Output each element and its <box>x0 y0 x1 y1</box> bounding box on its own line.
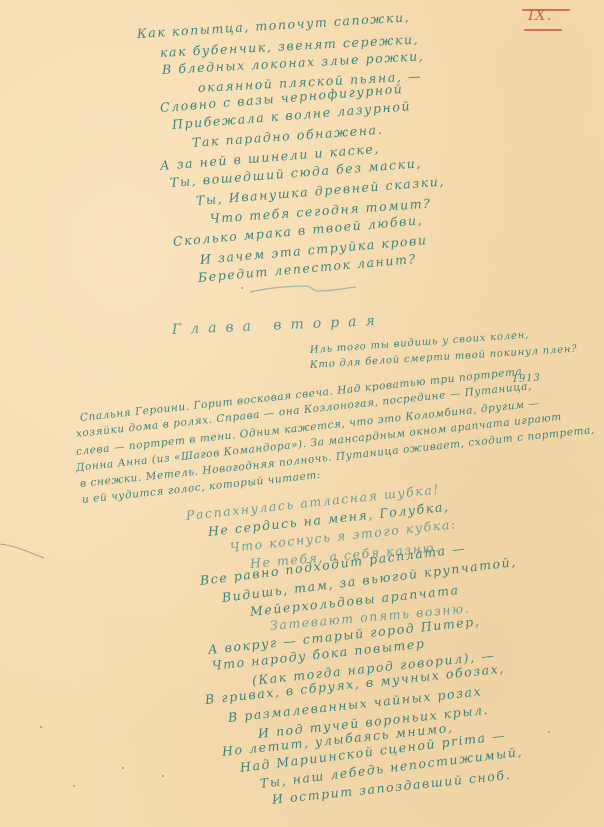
page-number: IX. <box>528 6 552 24</box>
paper-speck <box>162 775 164 777</box>
manuscript-page: IX. Как копытца, топочут сапожки, как бу… <box>0 0 604 827</box>
paper-speck <box>73 785 75 787</box>
section-divider <box>248 283 358 297</box>
chapter-title: Глава вторая <box>172 313 384 338</box>
paper-speck <box>241 287 243 289</box>
paper-speck <box>548 731 550 733</box>
page-number-underline <box>524 29 562 31</box>
paper-crease <box>0 540 45 560</box>
paper-speck <box>40 726 42 728</box>
paper-speck <box>122 767 124 769</box>
